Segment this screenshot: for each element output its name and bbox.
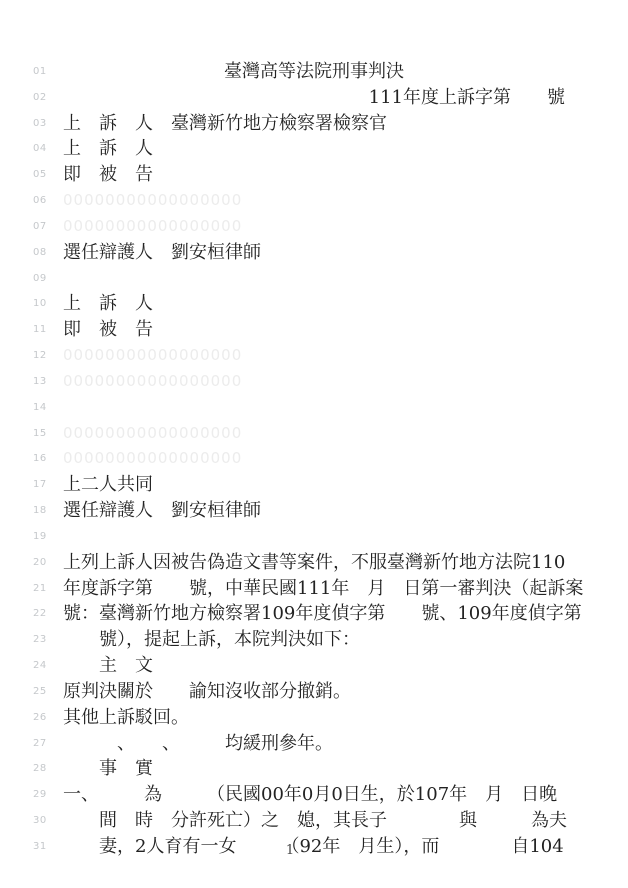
line-number: 30	[33, 808, 47, 834]
line-number: 17	[33, 472, 47, 498]
line-number: 13	[33, 369, 47, 395]
document-line: 26 其他上訴駁回。	[0, 705, 628, 731]
document-line: 15 00000000000000000	[0, 421, 628, 447]
line-text: 年度訴字第 號，中華民國111年 月 日第一審判決（起訴案	[63, 576, 583, 602]
document-line: 18 選任辯護人 劉安桓律師	[0, 498, 628, 524]
line-number: 19	[33, 524, 47, 550]
line-number: 11	[33, 317, 47, 343]
document-line: 14	[0, 395, 628, 421]
line-text: 111年度上訴字第 號	[369, 85, 565, 111]
document-line: 09	[0, 266, 628, 292]
line-number: 12	[33, 343, 47, 369]
line-text: 選任辯護人 劉安桓律師	[63, 240, 261, 266]
document-line: 01 臺灣高等法院刑事判決	[0, 59, 628, 85]
line-number: 08	[33, 240, 47, 266]
line-text: 選任辯護人 劉安桓律師	[63, 498, 261, 524]
line-number: 25	[33, 679, 47, 705]
line-text: 上 訴 人	[63, 136, 153, 162]
document-line: 08 選任辯護人 劉安桓律師	[0, 240, 628, 266]
line-number: 04	[33, 136, 47, 162]
line-number: 05	[33, 162, 47, 188]
line-number: 22	[33, 601, 47, 627]
document-line: 10 上 訴 人	[0, 291, 628, 317]
line-text: 上 訴 人	[63, 291, 153, 317]
line-text: 事 實	[63, 756, 153, 782]
document-line: 23 號），提起上訴，本院判決如下：	[0, 627, 628, 653]
line-text: 即 被 告	[63, 317, 153, 343]
document-line: 03 上 訴 人 臺灣新竹地方檢察署檢察官	[0, 111, 628, 137]
document-line: 13 00000000000000000	[0, 369, 628, 395]
document-line: 28 事 實	[0, 756, 628, 782]
document-line: 29 一、 為 （民國00年0月0日生，於107年 月 日晚	[0, 782, 628, 808]
line-text: 00000000000000000	[63, 214, 242, 240]
document-line: 22 號：臺灣新竹地方檢察署109年度偵字第 號、109年度偵字第	[0, 601, 628, 627]
line-text: 臺灣高等法院刑事判決	[0, 59, 628, 85]
line-text: 上二人共同	[63, 472, 153, 498]
document-lines: 01 臺灣高等法院刑事判決 02 111年度上訴字第 號 03 上 訴 人 臺灣…	[0, 59, 628, 860]
line-text: 00000000000000000	[63, 188, 242, 214]
line-text: 其他上訴駁回。	[63, 705, 189, 731]
line-text: 上 訴 人 臺灣新竹地方檢察署檢察官	[63, 111, 387, 137]
document-line: 05 即 被 告	[0, 162, 628, 188]
line-number: 15	[33, 421, 47, 447]
page-number: 1	[286, 843, 294, 858]
line-number: 23	[33, 627, 47, 653]
line-number: 02	[33, 85, 47, 111]
line-text: 00000000000000000	[63, 446, 242, 472]
line-text: 00000000000000000	[63, 369, 242, 395]
line-number: 03	[33, 111, 47, 137]
line-number: 21	[33, 576, 47, 602]
line-number: 18	[33, 498, 47, 524]
line-number: 24	[33, 653, 47, 679]
line-number: 10	[33, 291, 47, 317]
document-line: 24 主 文	[0, 653, 628, 679]
document-line: 30 間 時 分許死亡）之 媳，其長子 與 為夫	[0, 808, 628, 834]
document-line: 06 00000000000000000	[0, 188, 628, 214]
document-line: 19	[0, 524, 628, 550]
line-number: 16	[33, 446, 47, 472]
document-line: 11 即 被 告	[0, 317, 628, 343]
line-text: 00000000000000000	[63, 421, 242, 447]
line-text: 號：臺灣新竹地方檢察署109年度偵字第 號、109年度偵字第	[63, 601, 582, 627]
line-number: 06	[33, 188, 47, 214]
line-text: 00000000000000000	[63, 343, 242, 369]
document-line: 12 00000000000000000	[0, 343, 628, 369]
document-line: 21 年度訴字第 號，中華民國111年 月 日第一審判決（起訴案	[0, 576, 628, 602]
document-line: 25 原判決關於 諭知沒收部分撤銷。	[0, 679, 628, 705]
line-number: 28	[33, 756, 47, 782]
judgment-page: 01 臺灣高等法院刑事判決 02 111年度上訴字第 號 03 上 訴 人 臺灣…	[0, 0, 628, 888]
line-text: 間 時 分許死亡）之 媳，其長子 與 為夫	[63, 808, 567, 834]
document-line: 16 00000000000000000	[0, 446, 628, 472]
document-line: 27 、 、 均緩刑參年。	[0, 731, 628, 757]
line-number: 27	[33, 731, 47, 757]
document-line: 04 上 訴 人	[0, 136, 628, 162]
line-number: 20	[33, 550, 47, 576]
document-line: 17 上二人共同	[0, 472, 628, 498]
page-footer: 1	[0, 843, 580, 858]
line-text: 即 被 告	[63, 162, 153, 188]
line-text: 原判決關於 諭知沒收部分撤銷。	[63, 679, 351, 705]
line-text: 、 、 均緩刑參年。	[63, 731, 333, 757]
document-line: 07 00000000000000000	[0, 214, 628, 240]
line-text: 上列上訴人因被告偽造文書等案件，不服臺灣新竹地方法院110	[63, 550, 565, 576]
line-number: 14	[33, 395, 47, 421]
line-number: 29	[33, 782, 47, 808]
line-number: 26	[33, 705, 47, 731]
line-text: 號），提起上訴，本院判決如下：	[63, 627, 360, 653]
line-number: 07	[33, 214, 47, 240]
line-number: 09	[33, 266, 47, 292]
line-text: 主 文	[63, 653, 153, 679]
document-line: 02 111年度上訴字第 號	[0, 85, 628, 111]
line-text: 一、 為 （民國00年0月0日生，於107年 月 日晚	[63, 782, 557, 808]
document-line: 20 上列上訴人因被告偽造文書等案件，不服臺灣新竹地方法院110	[0, 550, 628, 576]
